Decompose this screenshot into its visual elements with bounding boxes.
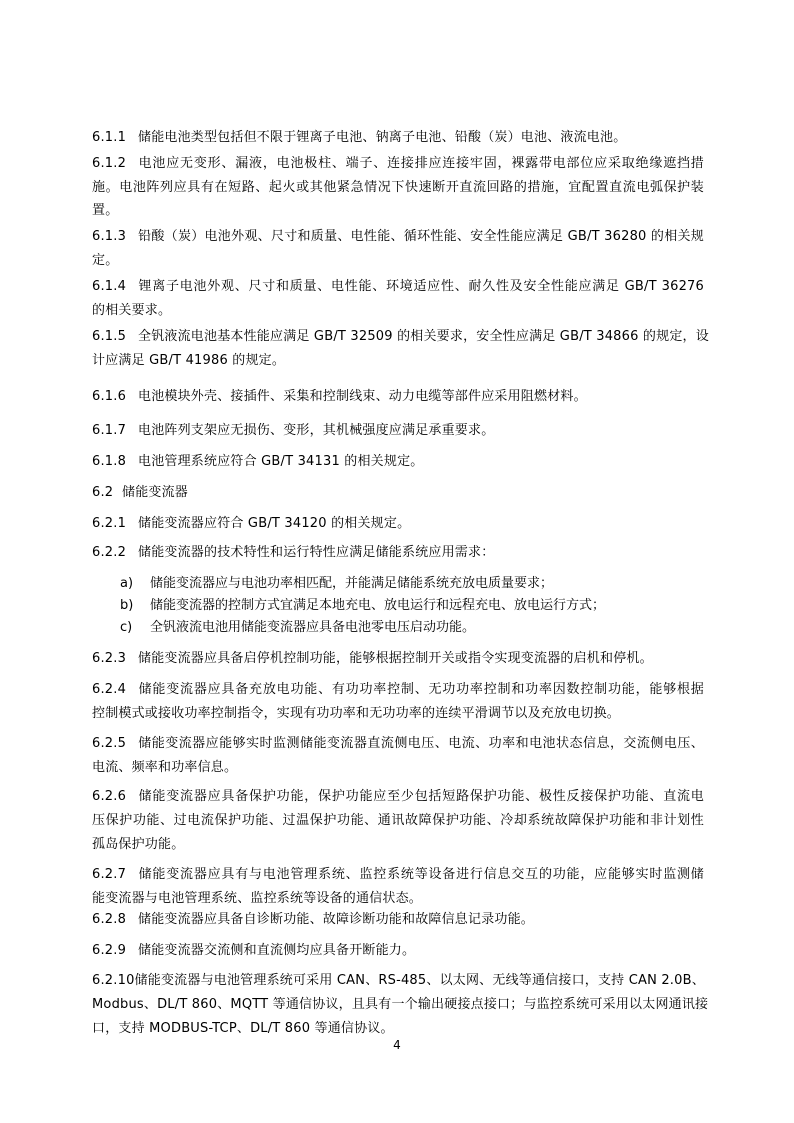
list-marker: c) [120, 620, 150, 636]
document-page: 6.1.1储能电池类型包括但不限于锂离子电池、钠离子电池、铅酸（炭）电池、液流电… [0, 0, 794, 1123]
list-item-a: a)储能变流器应与电池功率相匹配，并能满足储能系统充放电质量要求； [120, 576, 553, 592]
clause-text: 储能变流器应具备自诊断功能、故障诊断功能和故障信息记录功能。 [138, 912, 534, 927]
clause-6-1-4-line-2: 的相关要求。 [92, 303, 704, 319]
clause-6-1-2-line-3: 置。 [92, 203, 704, 219]
clause-number: 6.2.4 [92, 682, 138, 698]
clause-6-1-6: 6.1.6电池模块外壳、接插件、采集和控制线束、动力电缆等部件应采用阻燃材料。 [92, 389, 704, 405]
clause-text: 电池管理系统应符合 GB/T 34131 的相关规定。 [138, 454, 423, 469]
clause-6-1-7: 6.1.7电池阵列支架应无损伤、变形，其机械强度应满足承重要求。 [92, 423, 704, 439]
clause-6-2-10-line-3: 口，支持 MODBUS-TCP、DL/T 860 等通信协议。 [92, 1021, 704, 1037]
clause-text: 储能电池类型包括但不限于锂离子电池、钠离子电池、铅酸（炭）电池、液流电池。 [138, 130, 626, 145]
clause-6-1-1: 6.1.1储能电池类型包括但不限于锂离子电池、钠离子电池、铅酸（炭）电池、液流电… [92, 130, 704, 146]
clause-text: 储能变流器与电池管理系统可采用 CAN、RS-485、以太网、无线等通信接口，支… [135, 973, 705, 988]
clause-6-1-3-line-2: 定。 [92, 253, 704, 269]
clause-number: 6.2.9 [92, 943, 138, 959]
clause-number: 6.2.1 [92, 516, 138, 532]
clause-number: 6.1.3 [92, 229, 138, 245]
clause-text: 电池模块外壳、接插件、采集和控制线束、动力电缆等部件应采用阻燃材料。 [138, 389, 587, 404]
clause-text: 储能变流器的技术特性和运行特性应满足储能系统应用需求： [138, 545, 494, 560]
clause-number: 6.1.6 [92, 389, 138, 405]
list-item-b: b)储能变流器的控制方式宜满足本地充电、放电运行和远程充电、放电运行方式； [120, 598, 605, 614]
list-item-c: c)全钒液流电池用储能变流器应具备电池零电压启动功能。 [120, 620, 475, 636]
clause-6-2-8: 6.2.8储能变流器应具备自诊断功能、故障诊断功能和故障信息记录功能。 [92, 912, 704, 928]
clause-6-1-5-line-1: 6.1.5全钒液流电池基本性能应满足 GB/T 32509 的相关要求，安全性应… [92, 329, 704, 345]
clause-number: 6.1.8 [92, 454, 138, 470]
clause-number: 6.1.7 [92, 423, 138, 439]
page-number: 4 [0, 1037, 794, 1053]
clause-6-1-4-line-1: 6.1.4锂离子电池外观、尺寸和质量、电性能、环境适应性、耐久性及安全性能应满足… [92, 279, 704, 295]
clause-6-2-6-line-3: 孤岛保护功能。 [92, 837, 704, 853]
clause-6-1-2-line-2: 施。电池阵列应具有在短路、起火或其他紧急情况下快速断开直流回路的措施，宜配置直流… [92, 180, 704, 196]
clause-number: 6.2.8 [92, 912, 138, 928]
clause-6-2-10-line-1: 6.2.10储能变流器与电池管理系统可采用 CAN、RS-485、以太网、无线等… [92, 973, 704, 989]
clause-text: 电池阵列支架应无损伤、变形，其机械强度应满足承重要求。 [138, 423, 494, 438]
clause-number: 6.1.2 [92, 156, 138, 172]
clause-6-2-4-line-2: 控制模式或接收功率控制指令，实现有功功率和无功功率的连续平滑调节以及充放电切换。 [92, 706, 704, 722]
clause-text: 储能变流器应具备充放电功能、有功功率控制、无功功率控制和功率因数控制功能，能够根… [138, 682, 704, 697]
clause-6-2-1: 6.2.1储能变流器应符合 GB/T 34120 的相关规定。 [92, 516, 704, 532]
clause-6-2-4-line-1: 6.2.4储能变流器应具备充放电功能、有功功率控制、无功功率控制和功率因数控制功… [92, 682, 704, 698]
clause-6-2-10-line-2: Modbus、DL/T 860、MQTT 等通信协议，且具有一个输出硬接点接口；… [92, 997, 704, 1013]
clause-6-2-7-line-1: 6.2.7储能变流器应具有与电池管理系统、监控系统等设备进行信息交互的功能，应能… [92, 867, 704, 883]
clause-6-1-3-line-1: 6.1.3铅酸（炭）电池外观、尺寸和质量、电性能、循环性能、安全性能应满足 GB… [92, 229, 704, 245]
clause-number: 6.2.3 [92, 651, 138, 667]
list-item-text: 储能变流器的控制方式宜满足本地充电、放电运行和远程充电、放电运行方式； [150, 598, 605, 613]
clause-number: 6.1.4 [92, 279, 138, 295]
list-item-text: 储能变流器应与电池功率相匹配，并能满足储能系统充放电质量要求； [150, 576, 553, 591]
clause-text: 储能变流器交流侧和直流侧均应具备开断能力。 [138, 943, 415, 958]
list-marker: a) [120, 576, 150, 592]
section-title: 储能变流器 [122, 485, 188, 500]
clause-text: 储能变流器应能够实时监测储能变流器直流侧电压、电流、功率和电池状态信息，交流侧电… [138, 736, 704, 751]
clause-text: 储能变流器应符合 GB/T 34120 的相关规定。 [138, 516, 410, 531]
clause-text: 铅酸（炭）电池外观、尺寸和质量、电性能、循环性能、安全性能应满足 GB/T 36… [138, 229, 704, 244]
clause-6-2-6-line-1: 6.2.6储能变流器应具备保护功能，保护功能应至少包括短路保护功能、极性反接保护… [92, 789, 704, 805]
clause-number: 6.2.6 [92, 789, 138, 805]
clause-number: 6.2.2 [92, 545, 138, 561]
clause-number: 6.2.5 [92, 736, 138, 752]
clause-text: 全钒液流电池基本性能应满足 GB/T 32509 的相关要求，安全性应满足 GB… [138, 329, 709, 344]
clause-number: 6.2.7 [92, 867, 138, 883]
clause-text: 储能变流器应具有与电池管理系统、监控系统等设备进行信息交互的功能，应能够实时监测… [138, 867, 704, 882]
clause-text: 储能变流器应具备保护功能，保护功能应至少包括短路保护功能、极性反接保护功能、直流… [138, 789, 704, 804]
clause-text: 储能变流器应具备启停机控制功能，能够根据控制开关或指令实现变流器的启机和停机。 [138, 651, 653, 666]
list-item-text: 全钒液流电池用储能变流器应具备电池零电压启动功能。 [150, 620, 475, 635]
clause-6-1-2-line-1: 6.1.2电池应无变形、漏液，电池极柱、端子、连接排应连接牢固，裸露带电部位应采… [92, 156, 704, 172]
clause-6-2-6-line-2: 压保护功能、过电流保护功能、过温保护功能、通讯故障保护功能、冷却系统故障保护功能… [92, 813, 704, 829]
clause-6-2-2: 6.2.2储能变流器的技术特性和运行特性应满足储能系统应用需求： [92, 545, 704, 561]
clause-6-2-7-line-2: 能变流器与电池管理系统、监控系统等设备的通信状态。 [92, 891, 704, 907]
clause-6-2-5-line-1: 6.2.5储能变流器应能够实时监测储能变流器直流侧电压、电流、功率和电池状态信息… [92, 736, 704, 752]
clause-6-1-8: 6.1.8电池管理系统应符合 GB/T 34131 的相关规定。 [92, 454, 704, 470]
clause-number: 6.2.10 [92, 973, 135, 989]
clause-text: 电池应无变形、漏液，电池极柱、端子、连接排应连接牢固，裸露带电部位应采取绝缘遮挡… [138, 156, 704, 171]
list-marker: b) [120, 598, 150, 614]
section-heading-6-2: 6.2储能变流器 [92, 485, 704, 501]
clause-6-2-3: 6.2.3储能变流器应具备启停机控制功能，能够根据控制开关或指令实现变流器的启机… [92, 651, 704, 667]
clause-6-2-5-line-2: 电流、频率和功率信息。 [92, 760, 704, 776]
clause-text: 锂离子电池外观、尺寸和质量、电性能、环境适应性、耐久性及安全性能应满足 GB/T… [138, 279, 704, 294]
section-number: 6.2 [92, 485, 122, 501]
clause-number: 6.1.1 [92, 130, 138, 146]
clause-6-1-5-line-2: 计应满足 GB/T 41986 的规定。 [92, 353, 704, 369]
clause-6-2-9: 6.2.9储能变流器交流侧和直流侧均应具备开断能力。 [92, 943, 704, 959]
clause-number: 6.1.5 [92, 329, 138, 345]
